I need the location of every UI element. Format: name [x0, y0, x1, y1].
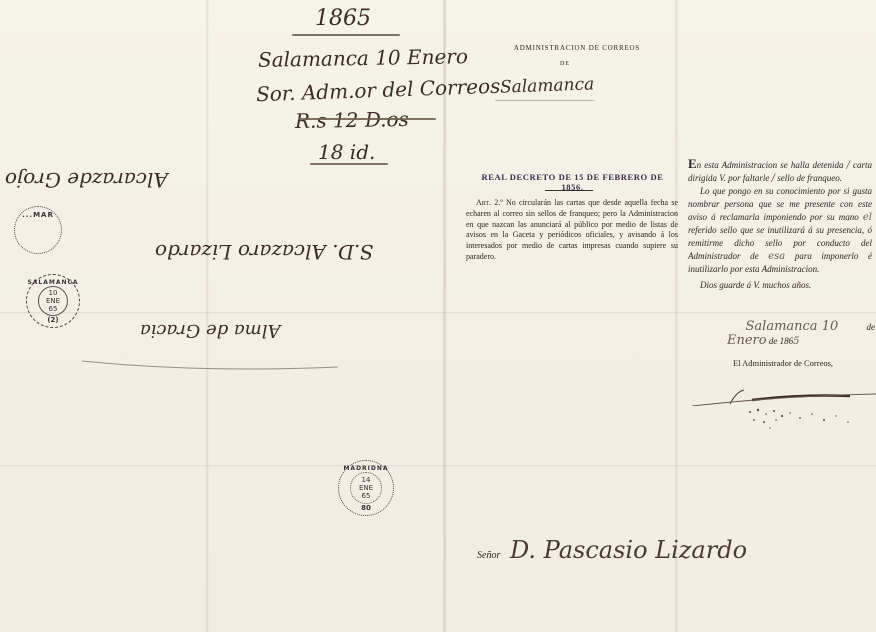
manuscript-line-3: R.s 12 D.os [295, 107, 409, 133]
letter-sheet: 1865 Salamanca 10 Enero Sor. Adm.or del … [0, 0, 876, 632]
notice-paragraph-2: Lo que pongo en su conocimiento por si g… [688, 185, 872, 276]
decree-article: Art. 2.º No circularán las cartas que de… [466, 198, 678, 263]
notice-text-run: de 186 [769, 336, 793, 346]
ink-rule [310, 163, 388, 165]
ink-rule [495, 100, 595, 101]
decree-title: REAL DECRETO DE 15 DE FEBRERO DE 1856. [470, 172, 675, 192]
handwritten-fill: esa [768, 251, 785, 262]
fold-line [0, 465, 876, 467]
ink-rule [298, 118, 436, 120]
postmark-bottom-text: (2) [47, 316, 58, 324]
inverted-manuscript-1: Alcarazde Grojo [5, 168, 168, 192]
manuscript-year: 1865 [315, 6, 371, 31]
notice-text-run: En esta Administracion se halla detenida [688, 160, 843, 170]
postmark-transit: MADRIDNA 14 ENE 65 80 [338, 460, 394, 516]
notice-text-run: V. por faltarle [719, 173, 769, 183]
addressee-name: D. Pascasio Lizardo [510, 536, 747, 564]
handwritten-place: Salamanca 10 [746, 319, 839, 334]
handwritten-month: Enero [727, 333, 767, 348]
manuscript-line-4: 18 id. [318, 140, 375, 164]
notice-text-run: sello de franqueo. [777, 173, 842, 183]
notice-text: En esta Administracion se halla detenida… [688, 157, 872, 292]
handwritten-fill: / [847, 160, 850, 171]
decree-divider [545, 190, 593, 191]
notice-text-run: Lo que pongo en su conocimiento por si g… [688, 186, 872, 222]
ink-trail [80, 355, 340, 385]
handwritten-year: 5 [793, 336, 799, 347]
office-heading: ADMINISTRACION DE CORREOS [487, 44, 667, 52]
inverted-manuscript-2: S.D. Alcazaro Lizardo [155, 240, 373, 264]
postmark-day: 14 [362, 476, 371, 484]
handwritten-fill: el [863, 212, 872, 223]
postmark-year: 65 [362, 492, 371, 500]
postmark-month: ENE [359, 484, 373, 492]
postmark-date: 10 ENE 65 [38, 286, 69, 317]
postmark-partial: ...MAR [14, 206, 62, 254]
notice-date-line: Salamanca 10 de Enero de 1865 [715, 320, 875, 349]
notice-closing: Dios guarde á V. muchos años. [688, 279, 872, 292]
handwritten-fill: / [772, 173, 775, 184]
postmark-ring-text: SALAMANCA [27, 279, 78, 286]
postmark-date: 14 ENE 65 [350, 472, 382, 504]
postmark-year: 65 [49, 305, 58, 313]
decree-article-label: Art. 2.º [476, 198, 503, 207]
postmark-ring-text: MADRIDNA [343, 465, 388, 472]
fold-line [0, 312, 876, 314]
notice-date-place: Salamanca 10 de [715, 320, 875, 334]
manuscript-line-1: Salamanca 10 Enero [258, 44, 468, 72]
notice-text-run: de [867, 322, 876, 332]
inverted-manuscript-3: Alma de Gracia [140, 320, 280, 341]
decree-article-text: No circularán las cartas que desde aquel… [466, 198, 678, 261]
ink-flourish-icon [740, 404, 860, 434]
postmark-salamanca: SALAMANCA 10 ENE 65 (2) [26, 274, 80, 328]
notice-date-month-year: Enero de 1865 [715, 334, 875, 349]
ink-rule [292, 34, 400, 36]
postmark-month: ENE [46, 297, 60, 305]
postmark-day: 10 [49, 289, 58, 297]
office-heading-de: DE [560, 61, 570, 67]
notice-paragraph-1: En esta Administracion se halla detenida… [688, 157, 872, 185]
notice-signatory: El Administrador de Correos, [690, 358, 876, 368]
manuscript-line-2: Sor. Adm.or del Correos [256, 74, 501, 107]
office-city-handwritten: Salamanca [500, 74, 595, 97]
postmark-ring-text: ...MAR [22, 211, 54, 219]
address-salutation: Señor [477, 550, 500, 561]
postmark-bottom-text: 80 [361, 504, 371, 512]
